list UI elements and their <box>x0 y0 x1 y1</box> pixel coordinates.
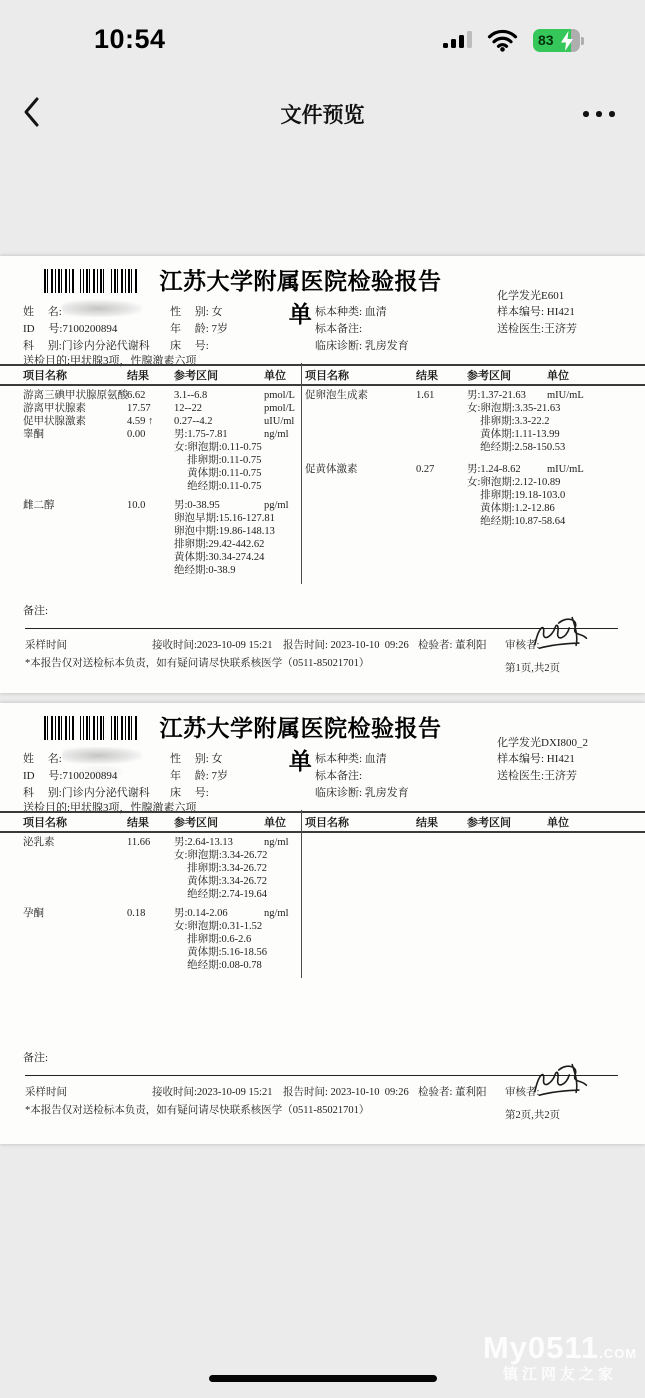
table-divider <box>301 810 302 978</box>
item-result: 0.27 <box>416 463 467 476</box>
item-unit: pg/ml <box>264 499 301 512</box>
patient-gender: 性 别: 女 <box>170 750 223 766</box>
received-time: 接收时间:2023-10-09 15:21 <box>152 1084 272 1099</box>
barcode <box>44 716 137 740</box>
specimen-note: 标本备注: <box>315 767 362 783</box>
item-result: 11.66 <box>127 836 174 849</box>
sampling-time: 采样时间 <box>25 637 67 652</box>
lab-result-row: 促黄体激素 0.27 男:1.24-8.62女:卵泡期:2.12-10.89 排… <box>301 463 645 528</box>
item-unit: uIU/ml <box>264 415 301 428</box>
watermark-suffix: .COM <box>599 1346 637 1361</box>
item-unit: pmol/L <box>264 389 301 402</box>
table-header-row: 项目名称 结果 参考区间 单位 项目名称 结果 参考区间 单位 <box>0 813 645 833</box>
item-unit: mIU/mL <box>547 463 645 476</box>
item-ref-range: 12--22 <box>174 402 264 415</box>
wifi-icon <box>487 29 518 57</box>
tester-name: 检验者: 董利阳 <box>418 1084 487 1099</box>
site-watermark: My0511.COM 镇江网友之家 <box>478 1332 642 1382</box>
status-bar: 10:54 83 <box>0 0 645 70</box>
report-disclaimer: *本报告仅对送检标本负责，如有疑问请尽快联系核医学（0511-85021701） <box>25 1102 369 1117</box>
item-result: 17.57 <box>127 402 174 415</box>
item-name: 孕酮 <box>23 907 127 920</box>
table-divider <box>301 363 302 584</box>
item-name: 雌二醇 <box>23 499 127 512</box>
results-table: 项目名称 结果 参考区间 单位 项目名称 结果 参考区间 单位 泌乳素 11.6… <box>0 811 645 972</box>
item-ref-range: 男:0.14-2.06女:卵泡期:0.31-1.52 排卵期:0.6-2.6 黄… <box>174 907 264 972</box>
bed-number: 床 号: <box>170 784 209 800</box>
clock-time: 10:54 <box>94 24 166 55</box>
lab-result-row: 睾酮 0.00 男:1.75-7.81女:卵泡期:0.11-0.75 排卵期:0… <box>0 428 301 493</box>
item-unit: ng/ml <box>264 836 301 849</box>
specimen-type: 标本种类: 血清 <box>315 303 387 319</box>
remark-label: 备注: <box>23 1049 48 1065</box>
lab-result-row: 游离甲状腺素 17.57 12--22 pmol/L <box>0 402 301 415</box>
lab-report-page-1[interactable]: 江苏大学附属医院检验报告单 化学发光E601 姓 名: 性 别: 女 标本种类:… <box>0 256 645 693</box>
bed-number: 床 号: <box>170 337 209 353</box>
department: 科 别:门诊内分泌代谢科 <box>23 337 150 353</box>
specimen-type: 标本种类: 血清 <box>315 750 387 766</box>
clinical-diagnosis: 临床诊断: 乳房发育 <box>315 337 409 353</box>
patient-id: ID 号:7100200894 <box>23 767 117 783</box>
item-name: 游离甲状腺素 <box>23 402 127 415</box>
item-ref-range: 男:1.75-7.81女:卵泡期:0.11-0.75 排卵期:0.11-0.75… <box>174 428 264 493</box>
item-result: 4.59 ↑ <box>127 415 174 428</box>
item-ref-range: 男:1.37-21.63女:卵泡期:3.35-21.63 排卵期:3.3-22.… <box>467 389 547 454</box>
tester-name: 检验者: 董利阳 <box>418 637 487 652</box>
clinical-diagnosis: 临床诊断: 乳房发育 <box>315 784 409 800</box>
watermark-tagline: 镇江网友之家 <box>478 1367 642 1382</box>
item-ref-range: 男:1.24-8.62女:卵泡期:2.12-10.89 排卵期:19.18-10… <box>467 463 547 528</box>
item-name: 泌乳素 <box>23 836 127 849</box>
sample-number: 样本编号: HI421 <box>497 303 575 319</box>
patient-age: 年 龄: 7岁 <box>170 767 228 783</box>
item-result: 0.00 <box>127 428 174 441</box>
lab-result-row: 孕酮 0.18 男:0.14-2.06女:卵泡期:0.31-1.52 排卵期:0… <box>0 907 301 972</box>
battery-percent: 83 <box>538 33 554 48</box>
received-time: 接收时间:2023-10-09 15:21 <box>152 637 272 652</box>
patient-id: ID 号:7100200894 <box>23 320 117 336</box>
sample-number: 样本编号: HI421 <box>497 750 575 766</box>
results-table: 项目名称 结果 参考区间 单位 项目名称 结果 参考区间 单位 游离三碘甲状腺原… <box>0 364 645 577</box>
referring-doctor: 送检医生:王济芳 <box>497 320 577 336</box>
auditor-signature <box>526 611 594 660</box>
department: 科 别:门诊内分泌代谢科 <box>23 784 150 800</box>
report-time: 报告时间: 2023-10-10 09:26 <box>283 637 409 652</box>
item-name: 促黄体激素 <box>305 463 416 476</box>
report-disclaimer: *本报告仅对送检标本负责，如有疑问请尽快联系核医学（0511-85021701） <box>25 655 369 670</box>
item-result: 10.0 <box>127 499 174 512</box>
lab-result-row: 游离三碘甲状腺原氨酸 6.62 3.1--6.8 pmol/L <box>0 389 301 402</box>
report-time: 报告时间: 2023-10-10 09:26 <box>283 1084 409 1099</box>
more-menu-button[interactable] <box>581 102 623 124</box>
item-name: 促卵泡生成素 <box>305 389 416 402</box>
lab-result-row: 促卵泡生成素 1.61 男:1.37-21.63女:卵泡期:3.35-21.63… <box>301 389 645 454</box>
referring-doctor: 送检医生:王济芳 <box>497 767 577 783</box>
redaction-smudge <box>62 300 142 317</box>
page-number: 第2页,共2页 <box>505 1107 560 1122</box>
auditor-signature <box>526 1058 594 1107</box>
lab-result-row: 雌二醇 10.0 男:0-38.95卵泡早期:15.16-127.81卵泡中期:… <box>0 499 301 577</box>
item-result: 1.61 <box>416 389 467 402</box>
table-header-row: 项目名称 结果 参考区间 单位 项目名称 结果 参考区间 单位 <box>0 366 645 386</box>
item-ref-range: 男:2.64-13.13女:卵泡期:3.34-26.72 排卵期:3.34-26… <box>174 836 264 901</box>
patient-gender: 性 别: 女 <box>170 303 223 319</box>
item-ref-range: 3.1--6.8 <box>174 389 264 402</box>
page-number: 第1页,共2页 <box>505 660 560 675</box>
home-indicator[interactable] <box>209 1375 437 1382</box>
specimen-note: 标本备注: <box>315 320 362 336</box>
item-unit: mIU/mL <box>547 389 645 402</box>
battery-icon: 83 <box>533 29 580 52</box>
item-ref-range: 男:0-38.95卵泡早期:15.16-127.81卵泡中期:19.86-148… <box>174 499 264 577</box>
analyzer-label: 化学发光DXI800_2 <box>497 734 588 750</box>
item-unit: ng/ml <box>264 907 301 920</box>
watermark-brand: My0511 <box>483 1330 599 1365</box>
item-name: 睾酮 <box>23 428 127 441</box>
item-name: 促甲状腺激素 <box>23 415 127 428</box>
barcode <box>44 269 137 293</box>
lab-result-row: 泌乳素 11.66 男:2.64-13.13女:卵泡期:3.34-26.72 排… <box>0 836 301 901</box>
cellular-signal-icon <box>443 31 477 48</box>
nav-bar: 文件预览 <box>0 88 645 138</box>
page-title: 文件预览 <box>0 99 645 129</box>
item-unit: pmol/L <box>264 402 301 415</box>
analyzer-label: 化学发光E601 <box>497 287 564 303</box>
item-ref-range: 0.27--4.2 <box>174 415 264 428</box>
sampling-time: 采样时间 <box>25 1084 67 1099</box>
item-result: 0.18 <box>127 907 174 920</box>
item-unit: ng/ml <box>264 428 301 441</box>
item-result: 6.62 <box>127 389 174 402</box>
lab-result-row: 促甲状腺激素 4.59 ↑ 0.27--4.2 uIU/ml <box>0 415 301 428</box>
lab-report-page-2[interactable]: 江苏大学附属医院检验报告单 化学发光DXI800_2 姓 名: 性 别: 女 标… <box>0 703 645 1144</box>
remark-label: 备注: <box>23 602 48 618</box>
patient-name-label: 姓 名: <box>23 303 62 319</box>
patient-age: 年 龄: 7岁 <box>170 320 228 336</box>
charging-bolt-icon <box>560 31 574 56</box>
item-name: 游离三碘甲状腺原氨酸 <box>23 389 127 402</box>
patient-name-label: 姓 名: <box>23 750 62 766</box>
redaction-smudge <box>62 747 142 764</box>
